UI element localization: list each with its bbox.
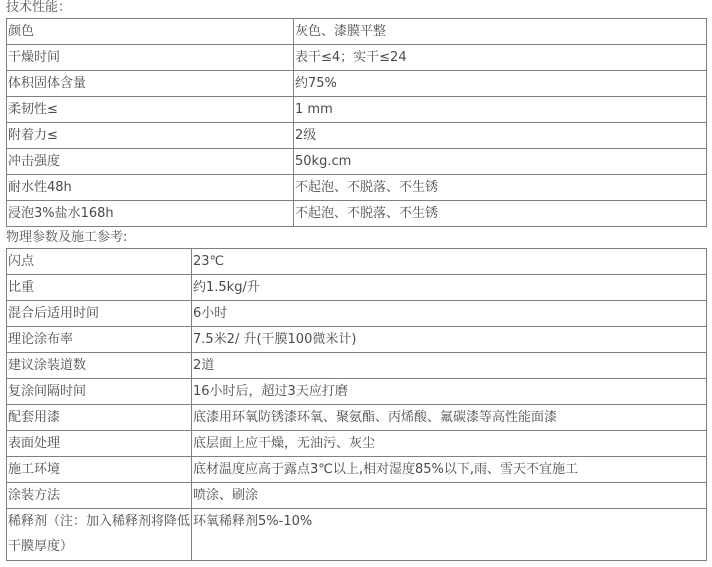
table-row: 干燥时间 表干≤4；实干≤24 — [7, 45, 707, 71]
row-label-application-method: 涂装方法 — [7, 483, 192, 509]
row-label-solids-volume: 体积固体含量 — [7, 71, 294, 97]
row-value-recommended-coats: 2道 — [192, 353, 707, 379]
physical-parameters-table: 闪点 23℃ 比重 约1.5kg/升 混合后适用时间 6小时 理论涂布率 7.5… — [6, 248, 707, 561]
table-row: 冲击强度 50kg.cm — [7, 149, 707, 175]
row-label-drying-time: 干燥时间 — [7, 45, 294, 71]
table-row: 理论涂布率 7.5米2/ 升(干膜100微米计) — [7, 327, 707, 353]
row-value-surface-preparation: 底层面上应干燥，无油污、灰尘 — [192, 431, 707, 457]
table-row: 混合后适用时间 6小时 — [7, 301, 707, 327]
row-label-compatible-paints: 配套用漆 — [7, 405, 192, 431]
row-value-impact-strength: 50kg.cm — [294, 149, 707, 175]
table-row: 稀释剂（注：加入稀释剂将降低干膜厚度） 环氧稀释剂5%-10% — [7, 509, 707, 561]
table-row: 涂装方法 喷涂、刷涂 — [7, 483, 707, 509]
row-value-application-method: 喷涂、刷涂 — [192, 483, 707, 509]
table-row: 浸泡3%盐水168h 不起泡、不脱落、不生锈 — [7, 201, 707, 227]
row-value-adhesion: 2级 — [294, 123, 707, 149]
row-label-water-resistance: 耐水性48h — [7, 175, 294, 201]
row-value-color: 灰色、漆膜平整 — [294, 19, 707, 45]
table-row: 配套用漆 底漆用环氧防锈漆环氧、聚氨酯、丙烯酸、氟碳漆等高性能面漆 — [7, 405, 707, 431]
row-value-salt-water-immersion: 不起泡、不脱落、不生锈 — [294, 201, 707, 227]
row-value-application-environment: 底材温度应高于露点3℃以上,相对湿度85%以下,雨、雪天不宜施工 — [192, 457, 707, 483]
row-value-theoretical-coverage: 7.5米2/ 升(干膜100微米计) — [192, 327, 707, 353]
row-label-application-environment: 施工环境 — [7, 457, 192, 483]
section-title-physical-parameters: 物理参数及施工参考: — [6, 230, 127, 246]
row-label-pot-life: 混合后适用时间 — [7, 301, 192, 327]
row-label-adhesion: 附着力≤ — [7, 123, 294, 149]
table-row: 体积固体含量 约75% — [7, 71, 707, 97]
row-label-thinner: 稀释剂（注：加入稀释剂将降低干膜厚度） — [7, 509, 192, 561]
row-value-flash-point: 23℃ — [192, 249, 707, 275]
table-row: 柔韧性≤ 1 mm — [7, 97, 707, 123]
table-row: 建议涂装道数 2道 — [7, 353, 707, 379]
row-label-recommended-coats: 建议涂装道数 — [7, 353, 192, 379]
row-label-flexibility: 柔韧性≤ — [7, 97, 294, 123]
row-label-color: 颜色 — [7, 19, 294, 45]
section-title-technical-performance: 技术性能： — [6, 0, 71, 16]
row-value-recoat-interval: 16小时后，超过3天应打磨 — [192, 379, 707, 405]
row-label-flash-point: 闪点 — [7, 249, 192, 275]
row-value-specific-gravity: 约1.5kg/升 — [192, 275, 707, 301]
row-label-salt-water-immersion: 浸泡3%盐水168h — [7, 201, 294, 227]
table-row: 表面处理 底层面上应干燥，无油污、灰尘 — [7, 431, 707, 457]
row-label-impact-strength: 冲击强度 — [7, 149, 294, 175]
row-value-compatible-paints: 底漆用环氧防锈漆环氧、聚氨酯、丙烯酸、氟碳漆等高性能面漆 — [192, 405, 707, 431]
row-value-solids-volume: 约75% — [294, 71, 707, 97]
row-label-recoat-interval: 复涂间隔时间 — [7, 379, 192, 405]
table-row: 施工环境 底材温度应高于露点3℃以上,相对湿度85%以下,雨、雪天不宜施工 — [7, 457, 707, 483]
table-row: 复涂间隔时间 16小时后，超过3天应打磨 — [7, 379, 707, 405]
table-row: 闪点 23℃ — [7, 249, 707, 275]
row-label-specific-gravity: 比重 — [7, 275, 192, 301]
table-row: 附着力≤ 2级 — [7, 123, 707, 149]
row-value-pot-life: 6小时 — [192, 301, 707, 327]
row-label-theoretical-coverage: 理论涂布率 — [7, 327, 192, 353]
row-label-surface-preparation: 表面处理 — [7, 431, 192, 457]
row-value-flexibility: 1 mm — [294, 97, 707, 123]
table-row: 耐水性48h 不起泡、不脱落、不生锈 — [7, 175, 707, 201]
row-value-water-resistance: 不起泡、不脱落、不生锈 — [294, 175, 707, 201]
row-value-thinner: 环氧稀释剂5%-10% — [192, 509, 707, 561]
table-row: 颜色 灰色、漆膜平整 — [7, 19, 707, 45]
table-row: 比重 约1.5kg/升 — [7, 275, 707, 301]
technical-performance-table: 颜色 灰色、漆膜平整 干燥时间 表干≤4；实干≤24 体积固体含量 约75% 柔… — [6, 18, 707, 227]
row-value-drying-time: 表干≤4；实干≤24 — [294, 45, 707, 71]
